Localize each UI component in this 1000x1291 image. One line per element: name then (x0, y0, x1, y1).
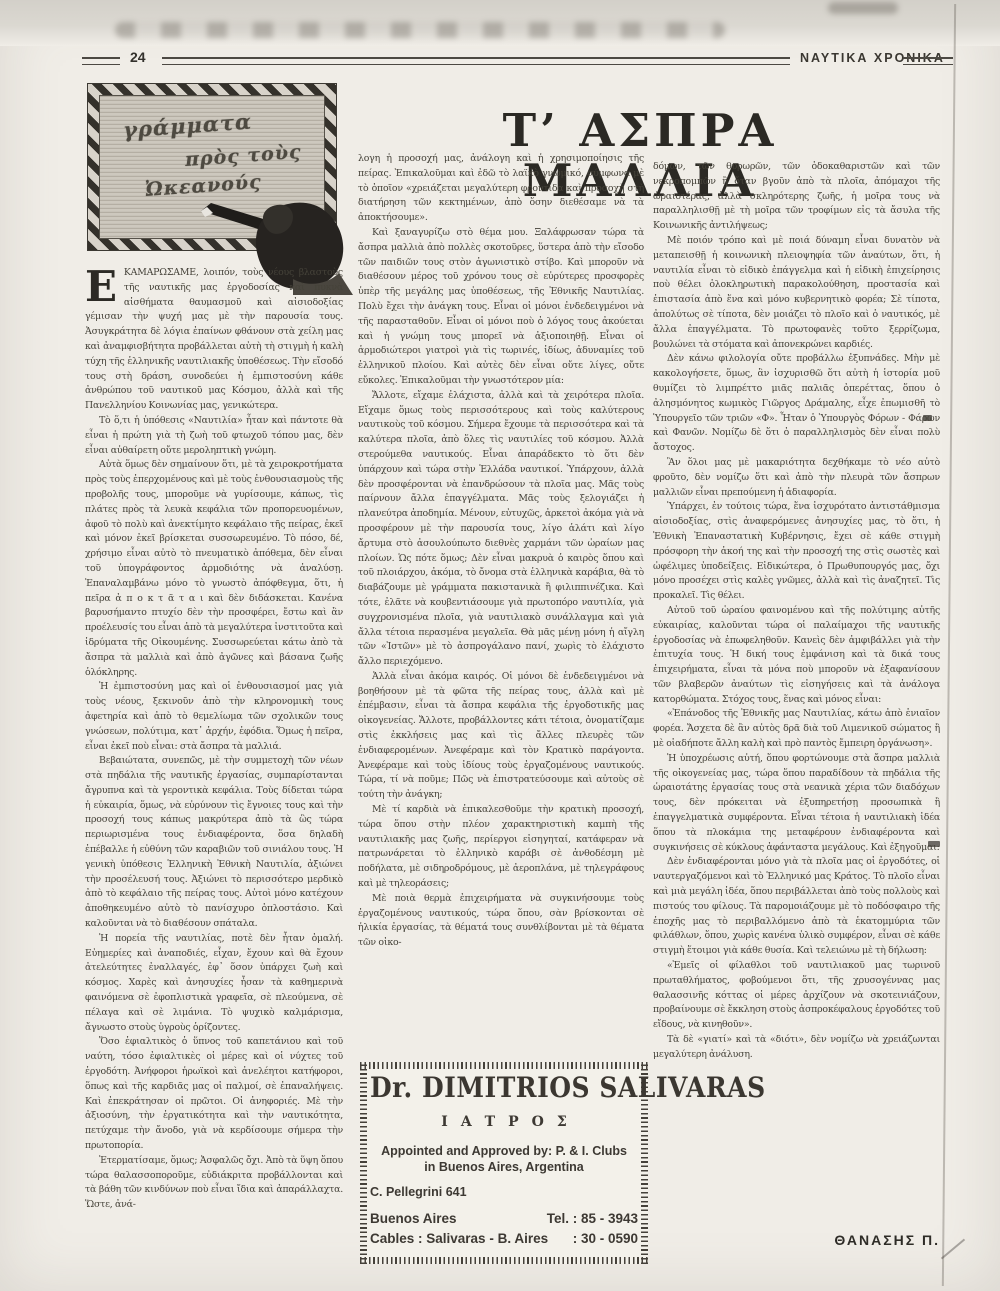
header-rule-right (903, 57, 953, 65)
paragraph: Ὑπάρχει, ἐν τούτοις τώρα, ἕνα ἰσχυρότατο… (653, 500, 940, 604)
paragraph: Ἀλλὰ εἶναι ἀκόμα καιρός. Οἱ μόνοι δὲ ἐνδ… (358, 670, 644, 803)
lead-text: ΚΑΜΑΡΩΣΑΜΕ, λοιπόν, τοὺς νέους βλαστοὺς … (85, 267, 343, 411)
paragraph: Καὶ ξαναγυρίζω στὸ θέμα μου. Ξαλάφρωσαν … (358, 226, 644, 389)
header-rule-middle (162, 57, 790, 65)
ad-approved-line-1: Appointed and Approved by: P. & I. Clubs (370, 1143, 638, 1160)
paragraph: Τὰ δὲ «γιατί» καὶ τὰ «διότι», δὲν νομίζω… (653, 1033, 940, 1063)
paragraph: Αὐτὰ ὅμως δὲν σημαίνουν ὅτι, μὲ τὰ χειρο… (85, 458, 343, 680)
article-column-3: δόμων, τῶν θυρωρῶν, τῶν ὁδοκαθαριστῶν κα… (653, 160, 940, 1218)
paragraph: Ὅσο ἐφιαλτικὸς ὁ ὕπνος τοῦ καπετάνιου κα… (85, 1035, 343, 1153)
paragraph: Αὐτοῦ τοῦ ὡραίου φαινομένου καὶ τῆς πολύ… (653, 604, 940, 708)
ad-border-top (360, 1062, 648, 1069)
paragraph: Δὲν ἐνδιαφέρονται μόνο γιὰ τὰ πλοῖα μας … (653, 855, 940, 959)
scan-smudge (828, 2, 898, 14)
ad-doctor-name: Dr. DIMITRIOS SALIVARAS (370, 1072, 638, 1103)
paragraph: Τὸ ὅ,τι ἡ ὑπόθεσις «Ναυτιλία» ἦταν καὶ π… (85, 414, 343, 458)
ad-border-left (360, 1062, 367, 1264)
lead-paragraph: ΕΚΑΜΑΡΩΣΑΜΕ, λοιπόν, τοὺς νέους βλαστοὺς… (85, 266, 343, 414)
ad-doctor-role: ΙΑΤΡΟΣ (370, 1114, 638, 1130)
letters-envelope-graphic: γράμματα πρὸς τοὺς Ὠκεανούς (88, 84, 336, 250)
paragraph: Ἐτερματίσαμε, ὅμως; Ἀσφαλῶς ὄχι. Ἀπὸ τὰ … (85, 1154, 343, 1213)
magazine-page: 24 ΝΑΥΤΙΚΑ ΧΡΟΝΙΚΑ Τ’ ΑΣΠΡΑ ΜΑΛΛΙΑ γράμμ… (0, 0, 1000, 1291)
page-number: 24 (130, 49, 146, 65)
paragraph: Μὲ ποιόν τρόπο καὶ μὲ ποιά δύναμη εἶναι … (653, 234, 940, 352)
page-edge-line (942, 4, 956, 1286)
paragraph: Ἡ πορεία τῆς ναυτιλίας, ποτὲ δὲν ἦταν ὁμ… (85, 932, 343, 1036)
paragraph: Ἡ ἐμπιστοσύνη μας καὶ οἱ ἐνθουσιασμοί μα… (85, 680, 343, 754)
scan-slash-mark (941, 1239, 965, 1260)
ad-phone-row: Buenos Aires Tel. : 85 - 3943 (370, 1209, 638, 1229)
paragraph: Ἂν ὅλοι μας μὲ μακαριότητα δεχθήκαμε τὸ … (653, 456, 940, 500)
ad-cables-label: Cables : Salivaras - B. Aires (370, 1229, 548, 1249)
ad-cables-row: Cables : Salivaras - B. Aires : 30 - 059… (370, 1229, 638, 1249)
paragraph: δόμων, τῶν θυρωρῶν, τῶν ὁδοκαθαριστῶν κα… (653, 160, 940, 234)
paragraph: Μὲ ποιὰ θερμὰ ἐπιχειρήματα νὰ συγκινήσου… (358, 892, 644, 951)
ad-approved-line-2: in Buenos Aires, Argentina (370, 1159, 638, 1176)
ad-city: Buenos Aires (370, 1209, 457, 1229)
ad-border-bottom (360, 1257, 648, 1264)
ad-cables-number: : 30 - 0590 (573, 1229, 638, 1249)
ad-address: C. Pellegrini 641 (370, 1184, 638, 1201)
paragraph: «Ἐμεῖς οἱ φίλαθλοι τοῦ ναυτιλιακοῦ μας τ… (653, 959, 940, 1033)
paragraph: Βεβαιώτατα, συνεπῶς, μὲ τὴν συμμετοχὴ τῶ… (85, 754, 343, 932)
paragraph: Ἄλλοτε, εἴχαμε ἐλάχιστα, ἀλλὰ καὶ τὰ χει… (358, 389, 644, 670)
advertisement-box: Dr. DIMITRIOS SALIVARAS ΙΑΤΡΟΣ Appointed… (360, 1062, 648, 1264)
author-signature: ΘΑΝΑΣΗΣ Π. (760, 1232, 940, 1248)
paragraph: «Ἐπάνοδος τῆς Ἐθνικῆς μας Ναυτιλίας, κάτ… (653, 707, 940, 751)
paragraph: Ἡ ὑποχρέωσις αὐτή, ὅπου φορτώνουμε στὰ ἄ… (653, 752, 940, 856)
article-column-2: λογη ἡ προσοχή μας, ἀνάλογη καὶ ἡ χρησιμ… (358, 152, 644, 1048)
ad-content: Dr. DIMITRIOS SALIVARAS ΙΑΤΡΟΣ Appointed… (370, 1070, 638, 1256)
envelope-script-line: γράμματα (122, 109, 253, 143)
scan-smudge (115, 22, 725, 38)
paragraph: Μὲ τί καρδιὰ νὰ ἐπικαλεσθοῦμε τὴν κρατικ… (358, 803, 644, 892)
paragraph: λογη ἡ προσοχή μας, ἀνάλογη καὶ ἡ χρησιμ… (358, 152, 644, 226)
paragraph: Δὲν κάνω φιλολογία οὔτε προβάλλω ἐξυπνάδ… (653, 352, 940, 456)
header-rule-left (82, 57, 120, 65)
ad-telephone: Tel. : 85 - 3943 (547, 1209, 638, 1229)
article-column-1: ΕΚΑΜΑΡΩΣΑΜΕ, λοιπόν, τοὺς νέους βλαστοὺς… (85, 266, 343, 1268)
drop-cap: Ε (85, 269, 117, 305)
